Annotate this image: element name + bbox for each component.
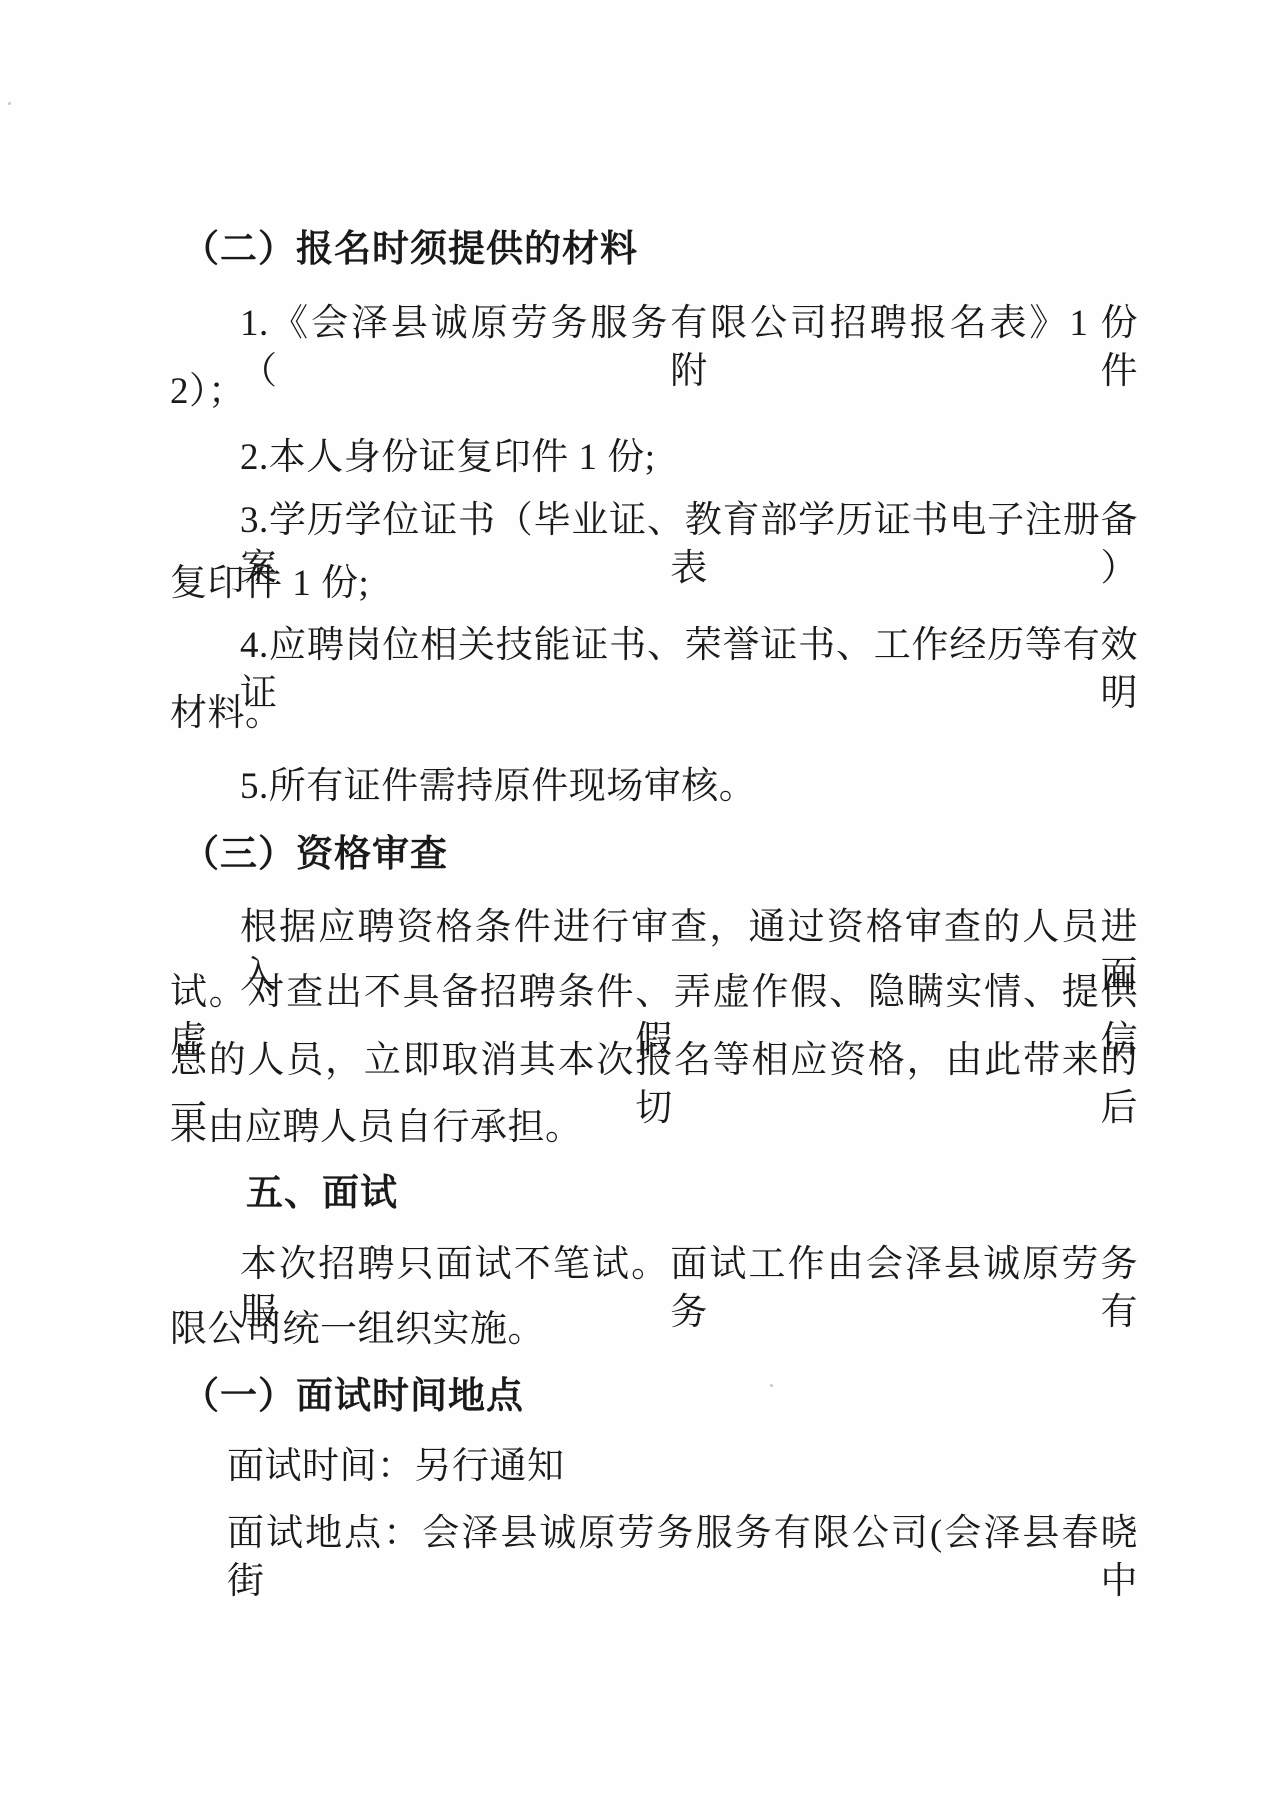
- scan-speck: [908, 514, 911, 517]
- list-item-4-line-2: 材料。: [170, 690, 283, 738]
- list-item-4-line-1: 4.应聘岗位相关技能证书、荣誉证书、工作经历等有效证明: [240, 622, 1138, 718]
- list-item-3-line-2: 复印件 1 份;: [170, 560, 369, 608]
- section-heading-materials: （二）报名时须提供的材料: [182, 226, 638, 274]
- list-item-2: 2.本人身份证复印件 1 份;: [240, 434, 656, 482]
- paragraph-interview-line-2: 限公司统一组织实施。: [170, 1306, 545, 1354]
- interview-location-line: 面试地点：会泽县诚原劳务服务有限公司(会泽县春晓街中: [227, 1510, 1138, 1606]
- scan-speck: [8, 102, 11, 105]
- list-item-1-line-2: 2）；: [170, 368, 246, 416]
- scan-speck: [770, 1384, 773, 1387]
- list-item-3-line-1: 3.学历学位证书（毕业证、教育部学历证书电子注册备案表）: [240, 497, 1138, 593]
- section-heading-interview: 五、面试: [246, 1170, 398, 1218]
- list-item-5: 5.所有证件需持原件现场审核。: [240, 763, 756, 811]
- document-page: （二）报名时须提供的材料 1.《会泽县诚原劳务服务有限公司招聘报名表》1 份（附…: [0, 0, 1280, 1806]
- interview-time-line: 面试时间：另行通知: [227, 1443, 565, 1491]
- paragraph-review-line-4: 果由应聘人员自行承担。: [170, 1104, 583, 1152]
- subsection-heading-interview-time-place: （一）面试时间地点: [182, 1373, 524, 1421]
- section-heading-qualification-review: （三）资格审查: [182, 831, 448, 879]
- list-item-1-line-1: 1.《会泽县诚原劳务服务有限公司招聘报名表》1 份（附件: [240, 300, 1138, 396]
